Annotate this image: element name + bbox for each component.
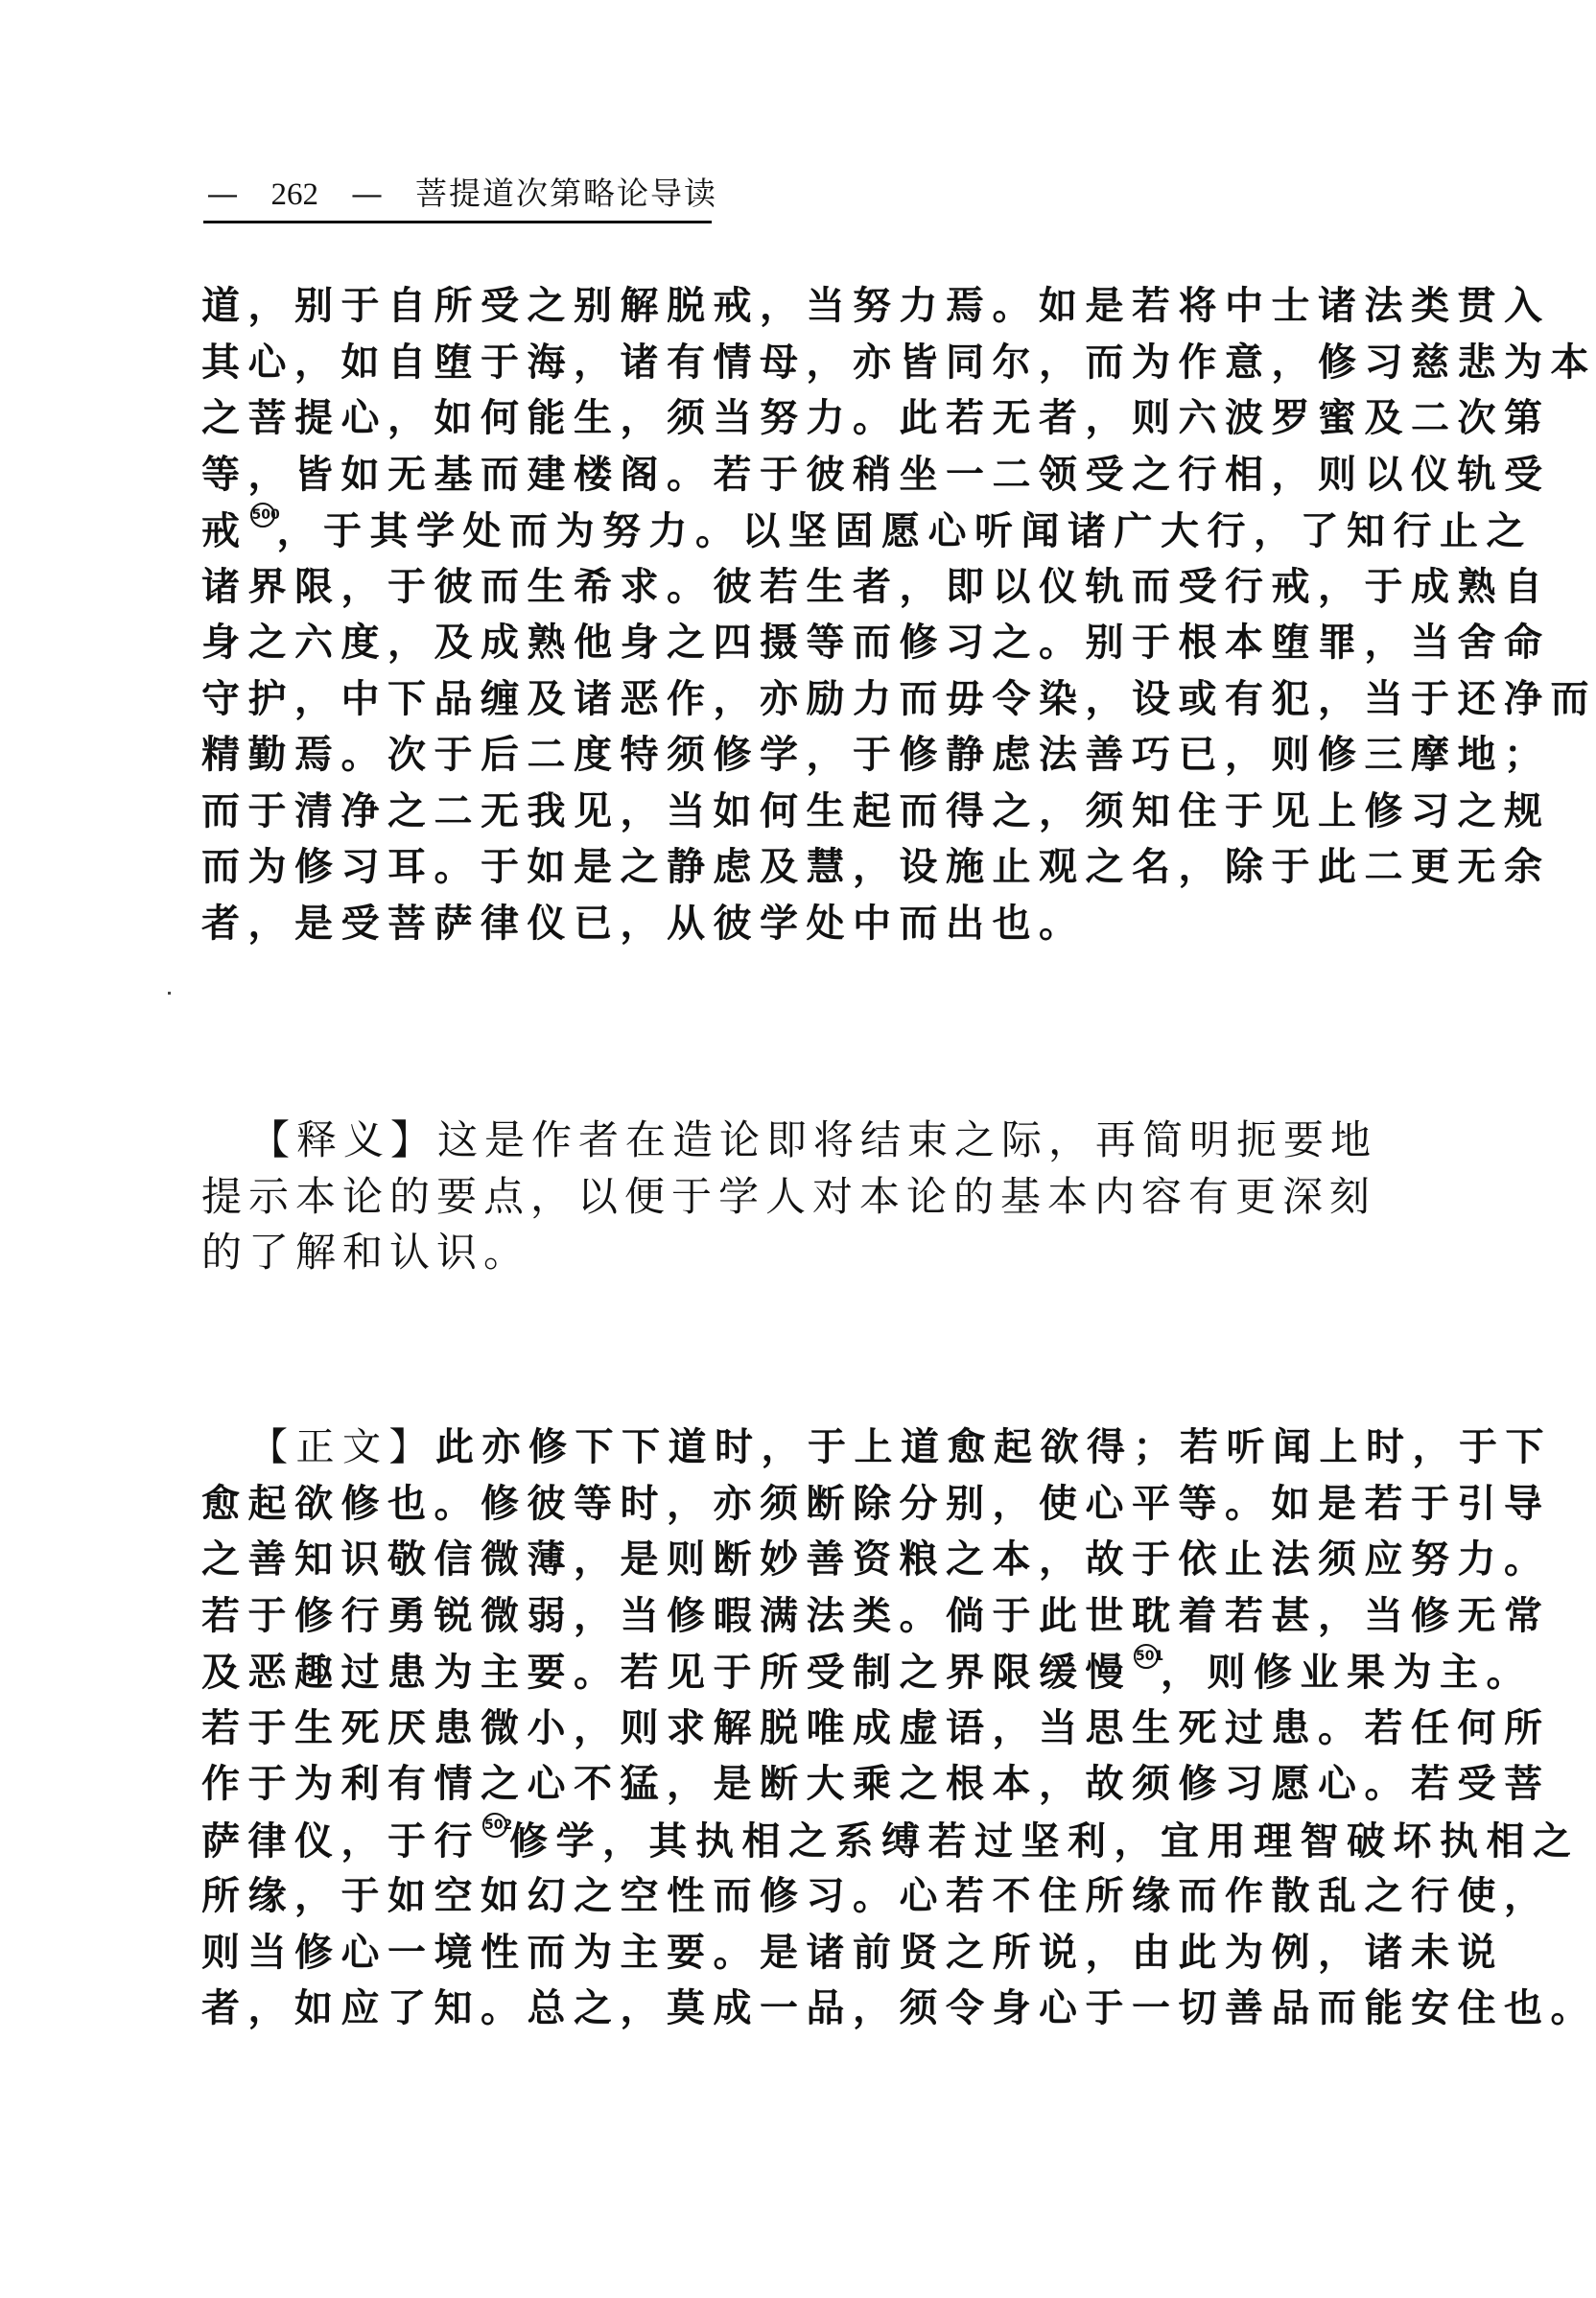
text-line-with-footnote: 萨律仪，于行502修学，其执相之系缚若过坚利，宜用理智破坏执相之 bbox=[201, 1813, 1387, 1869]
text-fragment: 修学，其执相之系缚若过坚利，宜用理智破坏执相之 bbox=[509, 1819, 1580, 1864]
text-fragment: 戒 bbox=[201, 509, 248, 553]
text-line: 道，别于自所受之别解脱戒，当努力焉。如是若将中士诸法类贯入 bbox=[201, 278, 1387, 335]
text-line: 守护，中下品缠及诸恶作，亦励力而毋令染，设或有犯，当于还净而 bbox=[201, 671, 1387, 728]
text-line: 诸界限，于彼而生希求。彼若生者，即以仪轨而受行戒，于成熟自 bbox=[201, 559, 1387, 616]
text-fragment: 这是作者在造论即将结束之际，再简明扼要地 bbox=[437, 1116, 1377, 1163]
text-line: 愈起欲修也。修彼等时，亦须断除分别，使心平等。如是若于引导 bbox=[201, 1476, 1387, 1533]
commentary-line: 提示本论的要点，以便于学人对本论的基本内容有更深刻 bbox=[201, 1169, 1387, 1226]
text-line: 作于为利有情之心不猛，是断大乘之根本，故须修习愿心。若受菩 bbox=[201, 1756, 1387, 1813]
text-line: 等，皆如无基而建楼阁。若于彼稍坐一二领受之行相，则以仪轨受 bbox=[201, 447, 1387, 504]
footnote-marker-500[interactable]: 500 bbox=[250, 503, 275, 528]
text-fragment: ，则修业果为主。 bbox=[1161, 1651, 1533, 1695]
paragraph-main-text-2: 【正文】此亦修下下道时，于上道愈起欲得；若听闻上时，于下 愈起欲修也。修彼等时，… bbox=[201, 1419, 1387, 2037]
running-header: — 262 — 菩提道次第略论导读 bbox=[203, 173, 712, 223]
text-line: 其心，如自堕于海，诸有情母，亦皆同尔，而为作意，修习慈悲为本 bbox=[201, 335, 1387, 391]
text-line: 【正文】此亦修下下道时，于上道愈起欲得；若听闻上时，于下 bbox=[201, 1419, 1387, 1476]
text-line-with-footnote: 戒500，于其学处而为努力。以坚固愿心听闻诸广大行，了知行止之 bbox=[201, 503, 1387, 559]
header-dash-left: — bbox=[203, 173, 242, 215]
text-line: 之善知识敬信微薄，是则断妙善资粮之本，故于依止法须应努力。 bbox=[201, 1532, 1387, 1588]
text-fragment: 此亦修下下道时，于上道愈起欲得；若听闻上时，于下 bbox=[435, 1425, 1552, 1469]
text-line: 者，是受菩萨律仪已，从彼学处中而出也。 bbox=[201, 896, 1387, 952]
header-dash-right: — bbox=[348, 173, 387, 215]
text-line: 而于清净之二无我见，当如何生起而得之，须知住于见上修习之规 bbox=[201, 784, 1387, 840]
text-line: 而为修习耳。于如是之静虑及慧，设施止观之名，除于此二更无余 bbox=[201, 839, 1387, 896]
book-title: 菩提道次第略论导读 bbox=[415, 173, 717, 215]
text-line: 身之六度，及成熟他身之四摄等而修习之。别于根本堕罪，当舍命 bbox=[201, 615, 1387, 671]
text-line: 者，如应了知。总之，莫成一品，须令身心于一切善品而能安住也。 bbox=[201, 1981, 1387, 2037]
commentary-line: 【释义】这是作者在造论即将结束之际，再简明扼要地 bbox=[201, 1113, 1387, 1169]
text-line: 之菩提心，如何能生，须当努力。此若无者，则六波罗蜜及二次第 bbox=[201, 390, 1387, 447]
text-line: 若于修行勇锐微弱，当修暇满法类。倘于此世耽着若甚，当修无常 bbox=[201, 1588, 1387, 1645]
main-text-label: 【正文】 bbox=[249, 1425, 435, 1469]
text-fragment: 萨律仪，于行 bbox=[201, 1819, 481, 1864]
footnote-marker-501[interactable]: 501 bbox=[1134, 1644, 1159, 1669]
text-line: 则当修心一境性而为主要。是诸前贤之所说，由此为例，诸未说 bbox=[201, 1925, 1387, 1981]
paragraph-main-text-1: 道，别于自所受之别解脱戒，当努力焉。如是若将中士诸法类贯入 其心，如自堕于海，诸… bbox=[201, 278, 1387, 951]
margin-speck bbox=[168, 992, 171, 995]
footnote-marker-502[interactable]: 502 bbox=[482, 1813, 507, 1838]
page-number: 262 bbox=[271, 174, 319, 216]
text-line: 精勤焉。次于后二度特须修学，于修静虑法善巧已，则修三摩地； bbox=[201, 727, 1387, 784]
text-line: 若于生死厌患微小，则求解脱唯成虚语，当思生死过患。若任何所 bbox=[201, 1700, 1387, 1757]
text-line-with-footnote: 及恶趣过患为主要。若见于所受制之界限缓慢501，则修业果为主。 bbox=[201, 1644, 1387, 1700]
text-fragment: 及恶趣过患为主要。若见于所受制之界限缓慢 bbox=[201, 1651, 1132, 1695]
commentary-paragraph: 【释义】这是作者在造论即将结束之际，再简明扼要地 提示本论的要点，以便于学人对本… bbox=[201, 1113, 1387, 1281]
commentary-label: 【释义】 bbox=[249, 1116, 437, 1163]
text-fragment: ，于其学处而为努力。以坚固愿心听闻诸广大行，了知行止之 bbox=[277, 509, 1534, 553]
text-line: 所缘，于如空如幻之空性而修习。心若不住所缘而作散乱之行使， bbox=[201, 1868, 1387, 1925]
commentary-line: 的了解和认识。 bbox=[201, 1225, 1387, 1281]
